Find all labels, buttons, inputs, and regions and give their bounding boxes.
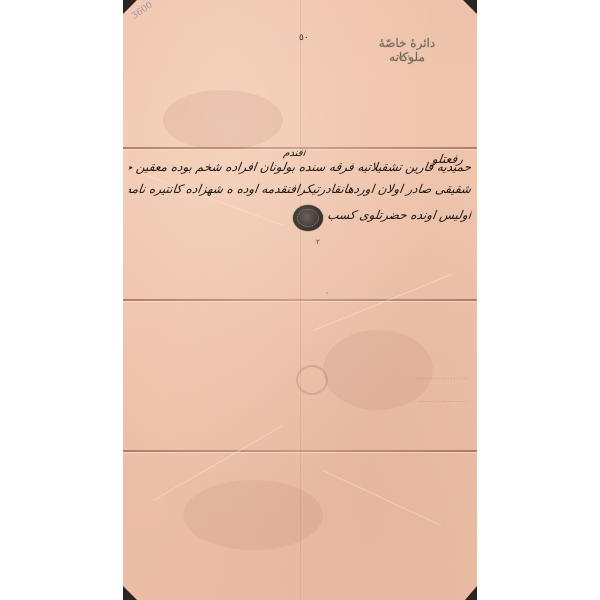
paper: 3600 دائرهٔ خاصّهٔ ملوكانه ١٣٠١ ٥٠ رفعتل… [123,0,477,600]
letterhead: دائرهٔ خاصّهٔ ملوكانه [365,36,449,56]
ink-mark: ٢ [316,238,320,246]
official-seal [293,205,323,231]
faint-text-line: .................. [337,372,467,382]
seal-border [297,209,319,227]
paper-stain [163,90,283,150]
paper-stain [183,480,323,550]
body-line-2: شقيقى صادر اولان اوردهانقادرتيكرافنقدمه … [128,182,472,198]
letterhead-date: ١٣٠١ [379,54,429,61]
crease [323,470,441,526]
faint-text-line: ................. [327,395,467,405]
document-sheet: 3600 دائرهٔ خاصّهٔ ملوكانه ١٣٠١ ٥٠ رفعتل… [123,0,477,600]
vertical-fold [300,0,301,600]
ink-mark: ˌ [326,287,328,295]
body-line-1: حميديه قارين تشقيلاتيه فرقه سنده بولونان… [128,160,472,176]
body-line-3: اوليس اونده حضرتلوى كسب بخواهيم ا ٨ ماه … [300,208,472,224]
inventory-number: 3600 [130,0,154,21]
faint-seal-show-through [296,365,328,395]
crease [313,274,452,331]
